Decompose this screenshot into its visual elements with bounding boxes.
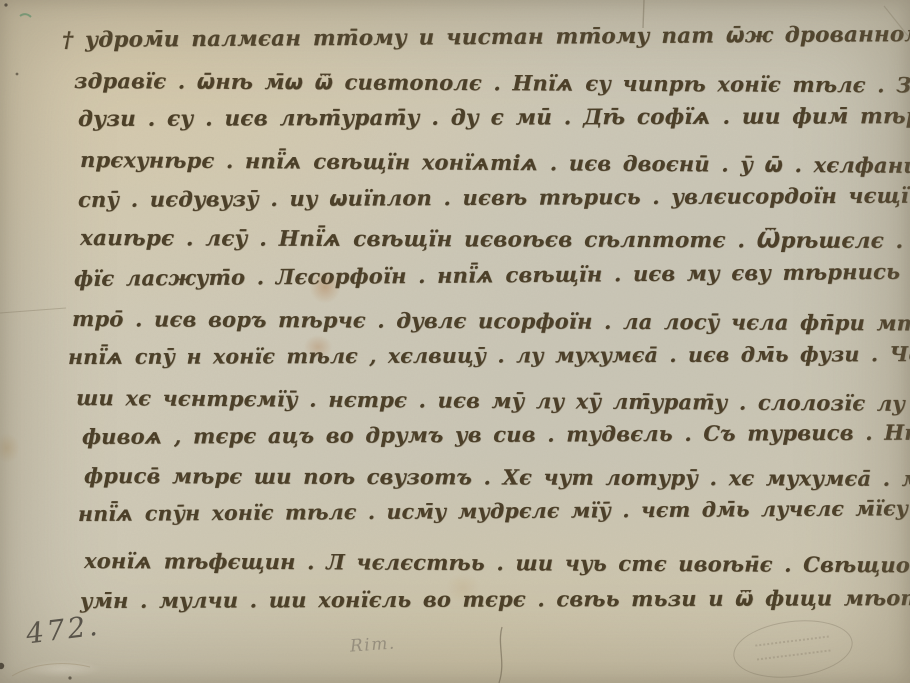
manuscript-line: ши хє чєнтрємїӯ . нєтрє . иєв мӯ лу хӯ л…: [76, 385, 910, 418]
pencil-annotation: Rim.: [349, 633, 396, 656]
manuscript-line: фїє ласжут̄о . Лєсорфоїн . нпї̄ѧ свѣщїн …: [74, 256, 910, 291]
manuscript-text: † удром̄и палмєан тт̄ому и чистан тт̄ому…: [0, 0, 910, 683]
manuscript-line: фивоѧ , тєрє ацъ во друмъ ув сив . тудвє…: [82, 418, 910, 449]
manuscript-line: нпї̄ѧ спӯ н хонїє тѣлє , хєлвицӯ . лу му…: [68, 341, 910, 369]
manuscript-line: прєхунѣрє . нпї̄ѧ свѣщїн хонїѧтіѧ . иєв …: [80, 147, 910, 179]
manuscript-line: ум̄н . мулчи . ши хонїєль во тєрє . свѣь…: [80, 584, 910, 613]
manuscript-line: тро̄ . иєв воръ тѣрчє . дувлє исорфоїн .…: [72, 306, 910, 337]
manuscript-line: здравїє . ѡ̄нѣ м̄ѡ ѿ сивтополє . Нпїѧ єу…: [74, 68, 910, 99]
manuscript-line: хонїѧ тѣфєщин . Л чєлєстѣь . ши чуь стє …: [84, 548, 910, 579]
manuscript-line: † удром̄и палмєан тт̄ому и чистан тт̄ому…: [62, 18, 910, 53]
manuscript-line: нпї̄ѧ спӯн хонїє тѣлє . исм̄у мудрєлє мї…: [78, 494, 910, 526]
manuscript-line: спӯ . иєдувузӯ . иу ѡиїплоп . иєвѣ тѣрис…: [78, 181, 910, 212]
manuscript-line: фрисв̄ мѣрє ши поѣ свузотъ . Хє чут лоту…: [84, 463, 910, 492]
manuscript-line: дузи . єу . иєв лѣт̄урат̄у . ду є мӣ . Д…: [78, 103, 910, 132]
manuscript-line: хаиѣрє . лєӯ . Нпї̄ѧ свѣщїн иєвоѣєв сѣлп…: [80, 226, 910, 255]
manuscript-page: † удром̄и палмєан тт̄ому и чистан тт̄ому…: [0, 0, 910, 683]
